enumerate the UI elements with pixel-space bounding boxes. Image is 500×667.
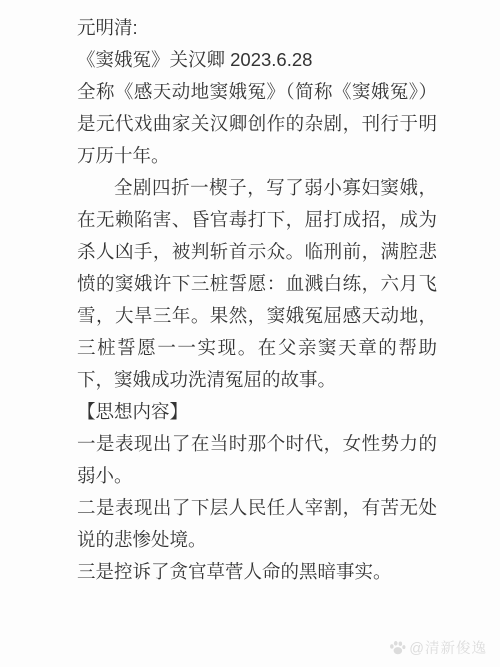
work-title-and-date: 《窦娥冤》关汉卿 2023.6.28	[77, 44, 437, 76]
paw-icon	[389, 640, 406, 655]
notes-page: 元明清: 《窦娥冤》关汉卿 2023.6.28 全称《感天动地窦娥冤》（简称《窦…	[0, 0, 500, 667]
point-two: 二是表现出了下层人民任人宰割，有苦无处说的悲惨处境。	[77, 492, 437, 556]
point-one: 一是表现出了在当时那个时代，女性势力的弱小。	[77, 428, 437, 492]
plot-paragraph: 全剧四折一楔子，写了弱小寡妇窦娥，在无赖陷害、昏官毒打下，屈打成招，成为杀人凶手…	[77, 172, 437, 396]
watermark: @清新俊逸	[389, 637, 487, 658]
intro-paragraph: 全称《感天动地窦娥冤》（简称《窦娥冤》）是元代戏曲家关汉卿创作的杂剧，刊行于明万…	[77, 76, 437, 172]
point-three: 三是控诉了贪官草菅人命的黑暗事实。	[77, 556, 437, 588]
category-title: 元明清:	[77, 12, 437, 44]
document-body: 元明清: 《窦娥冤》关汉卿 2023.6.28 全称《感天动地窦娥冤》（简称《窦…	[77, 12, 437, 588]
section-heading: 【思想内容】	[77, 396, 437, 428]
watermark-text: @清新俊逸	[409, 637, 487, 658]
